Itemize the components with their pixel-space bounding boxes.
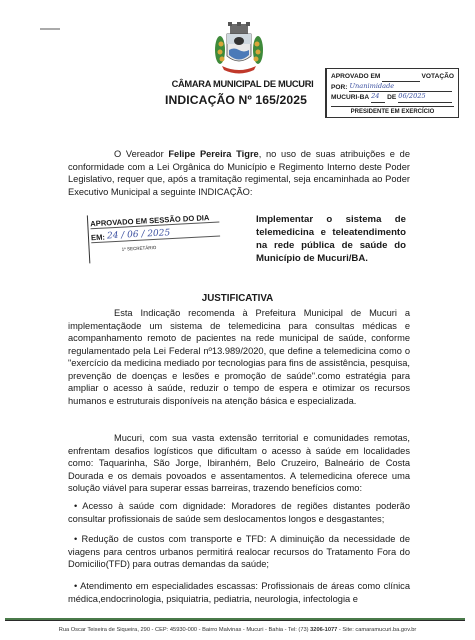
footer-address: Rua Oscar Teixeira de Siqueira, 290 - CE…: [0, 627, 475, 633]
day-handwritten: 24: [371, 92, 379, 100]
footer-divider-dark: [5, 620, 465, 621]
benefit-item-3: Atendimento em especialidades escassas: …: [68, 580, 410, 605]
session-date-label: EM:: [91, 233, 105, 243]
approval-stamp: APROVADO EM VOTAÇÃO POR: Unanimidade MUC…: [325, 68, 459, 118]
justification-paragraph-1: Esta Indicação recomenda à Prefeitura Mu…: [68, 307, 410, 407]
indication-title: INDICAÇÃO Nº 165/2025: [165, 93, 307, 107]
benefit-item-1: Acesso à saúde com dignidade: Moradores …: [68, 500, 410, 525]
de-label: DE: [387, 93, 396, 103]
justification-title: JUSTIFICATIVA: [0, 293, 475, 304]
approval-label: APROVADO EM: [331, 72, 380, 82]
footer-site: - Site: camaramucuri.ba.gov.br: [337, 627, 416, 633]
vote-label: VOTAÇÃO: [422, 72, 454, 82]
city-label: MUCURI-BA: [331, 93, 369, 103]
councilor-name: Felipe Pereira Tigre: [168, 149, 258, 159]
session-approval-stamp: APROVADO EM SESSÃO DO DIA EM: 24 / 06 / …: [87, 209, 221, 264]
secretary-label: 1º SECRETÁRIO: [92, 245, 157, 253]
scan-mark: [40, 28, 60, 30]
footer-phone: 3206-1077: [310, 627, 337, 633]
intro-paragraph: O Vereador Felipe Pereira Tigre, no uso …: [68, 148, 410, 198]
indication-subject: Implementar o sistema de telemedicina e …: [256, 213, 406, 265]
by-label: POR:: [331, 83, 347, 93]
coat-of-arms-icon: [214, 22, 264, 74]
vote-result-handwritten: Unanimidade: [349, 82, 394, 90]
date-handwritten: 06/2025: [398, 92, 425, 100]
president-signature-label: PRESIDENTE EM EXERCÍCIO: [331, 106, 454, 118]
chamber-name: CÂMARA MUNICIPAL DE MUCURI: [170, 79, 315, 89]
benefit-item-2: Redução de custos com transporte e TFD: …: [68, 533, 410, 571]
justification-paragraph-2: Mucuri, com sua vasta extensão territori…: [68, 432, 410, 495]
